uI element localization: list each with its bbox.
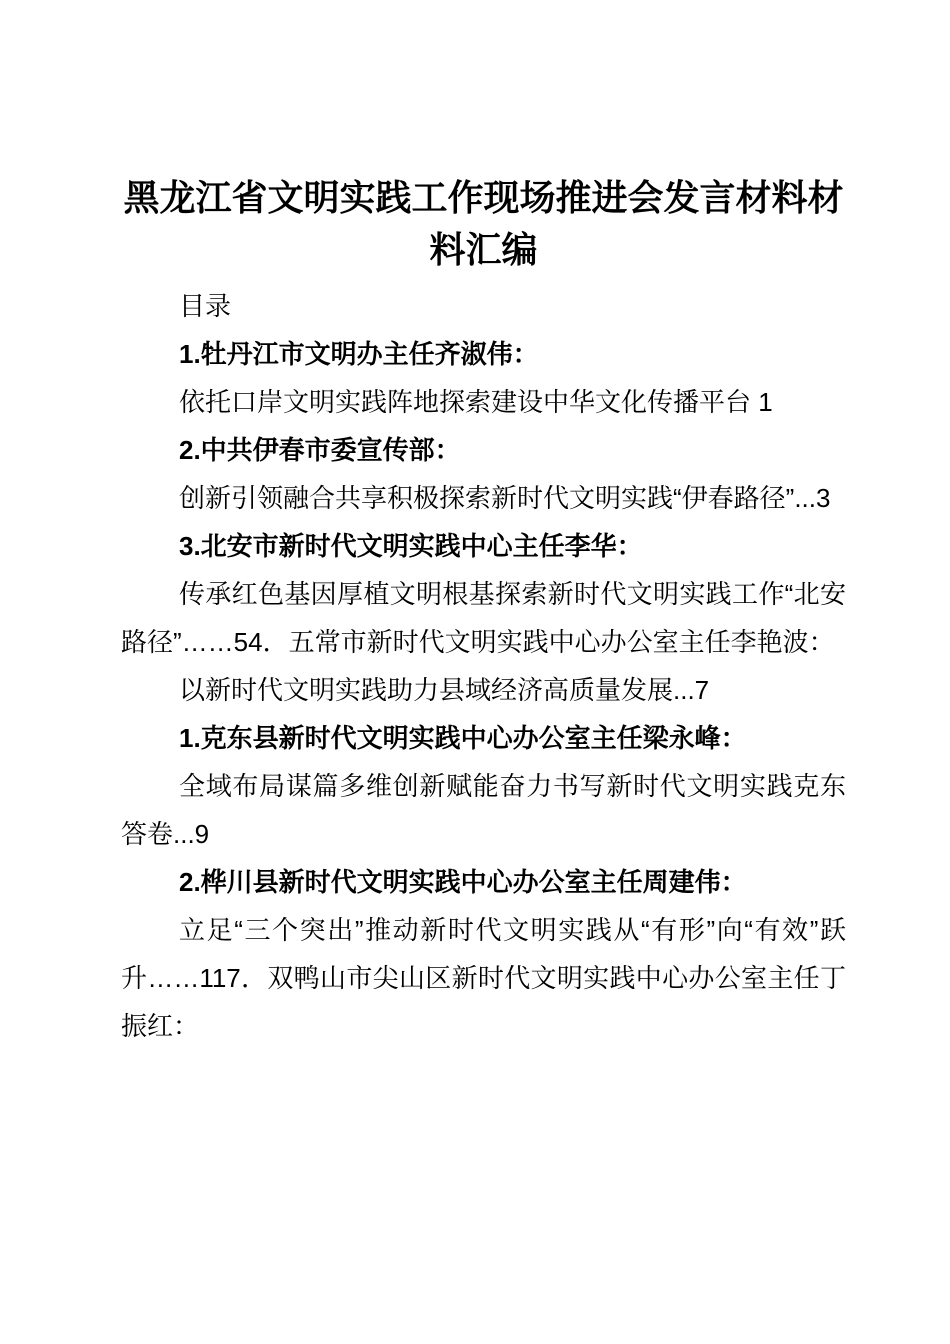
toc-entry-heading: 1.克东县新时代文明实践中心办公室主任梁永峰：	[121, 714, 846, 762]
toc-entry-body: 依托口岸文明实践阵地探索建设中华文化传播平台 1	[121, 378, 846, 426]
toc-entry-heading: 2.中共伊春市委宣传部：	[121, 426, 846, 474]
toc-entry-body: 立足“三个突出”推动新时代文明实践从“有形”向“有效”跃升……117．双鸭山市尖…	[121, 906, 846, 1050]
toc-label: 目录	[121, 282, 846, 330]
toc-entry-heading: 2.桦川县新时代文明实践中心办公室主任周建伟：	[121, 858, 846, 906]
toc-entry-body: 传承红色基因厚植文明根基探索新时代文明实践工作“北安路径”……54．五常市新时代…	[121, 570, 846, 666]
toc-entry-heading: 1.牡丹江市文明办主任齐淑伟：	[121, 330, 846, 378]
toc-entry-heading: 3.北安市新时代文明实践中心主任李华：	[121, 522, 846, 570]
toc-entry-body: 全域布局谋篇多维创新赋能奋力书写新时代文明实践克东答卷...9	[121, 762, 846, 858]
toc-entry-body: 以新时代文明实践助力县域经济高质量发展...7	[121, 666, 846, 714]
document-title: 黑龙江省文明实践工作现场推进会发言材料材料汇编	[121, 172, 846, 276]
toc-entry-body: 创新引领融合共享积极探索新时代文明实践“伊春路径”...3	[121, 474, 846, 522]
document-page: 黑龙江省文明实践工作现场推进会发言材料材料汇编 目录 1.牡丹江市文明办主任齐淑…	[0, 0, 950, 1344]
